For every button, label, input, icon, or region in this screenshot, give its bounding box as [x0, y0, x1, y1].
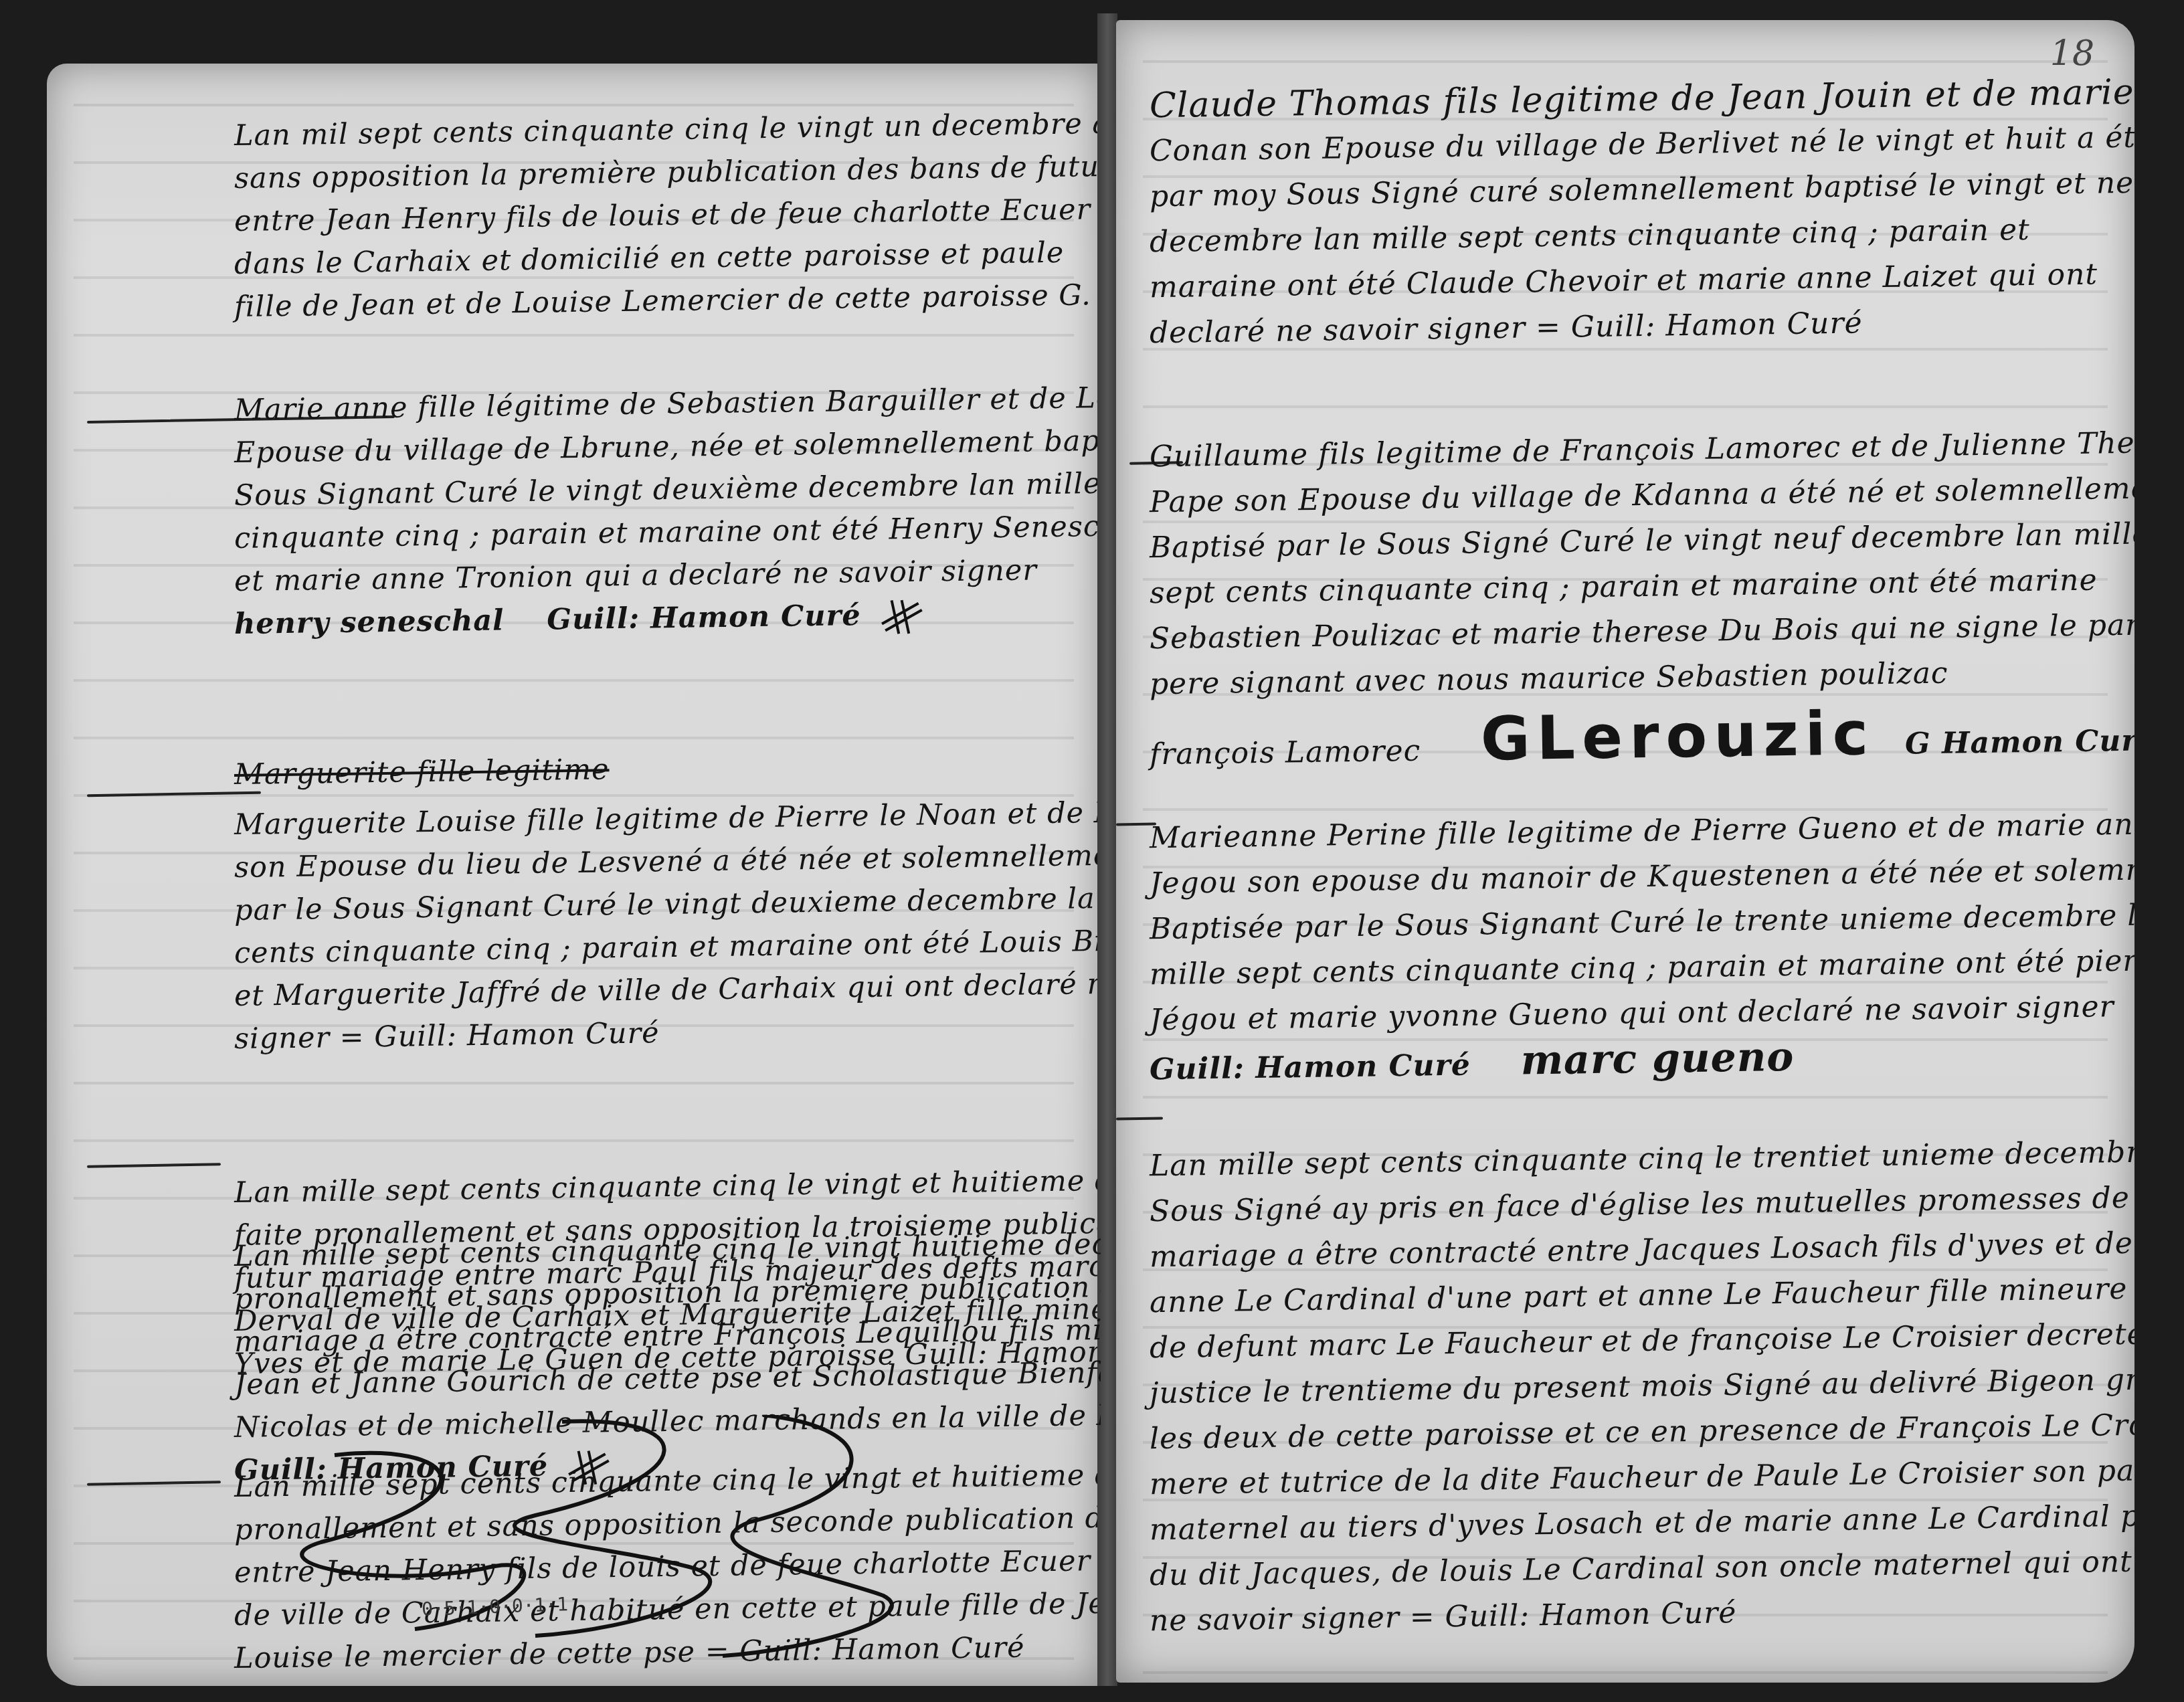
signature-father: françois Lamorec: [1150, 734, 1421, 772]
signature-cure: Guill: Hamon Curé: [1150, 1048, 1471, 1087]
closing-flourish-icon: [281, 1415, 1017, 1669]
entry-baptism-claude-thomas: Claude Thomas fils legitime de Jean Joui…: [1116, 84, 2134, 357]
entry-betrothal-jacques-losach: Lan mille sept cents cinquante cinq le t…: [1116, 1144, 2134, 1644]
page-number: 18: [2050, 33, 2094, 74]
signature-marc-gueno: marc gueno: [1520, 1034, 1795, 1084]
signature-cure: G Hamon Curé: [1905, 723, 2134, 761]
right-page: 18 Claude Thomas fils legitime de Jean J…: [1116, 20, 2134, 1683]
signature-lerouzic: GLerouzic: [1480, 698, 1876, 774]
entry-baptism-marieanne-perine: Marieanne Perine fille legitime de Pierr…: [1116, 816, 2134, 1093]
entry-baptism-guillaume: Guillaume fils legitime de François Lamo…: [1116, 435, 2134, 792]
left-page-text-layer: Lan mille sept cents cinquante cinq le v…: [47, 64, 1101, 1686]
signature-line: françois Lamorec GLerouzic G Hamon Curé: [1116, 694, 2134, 792]
